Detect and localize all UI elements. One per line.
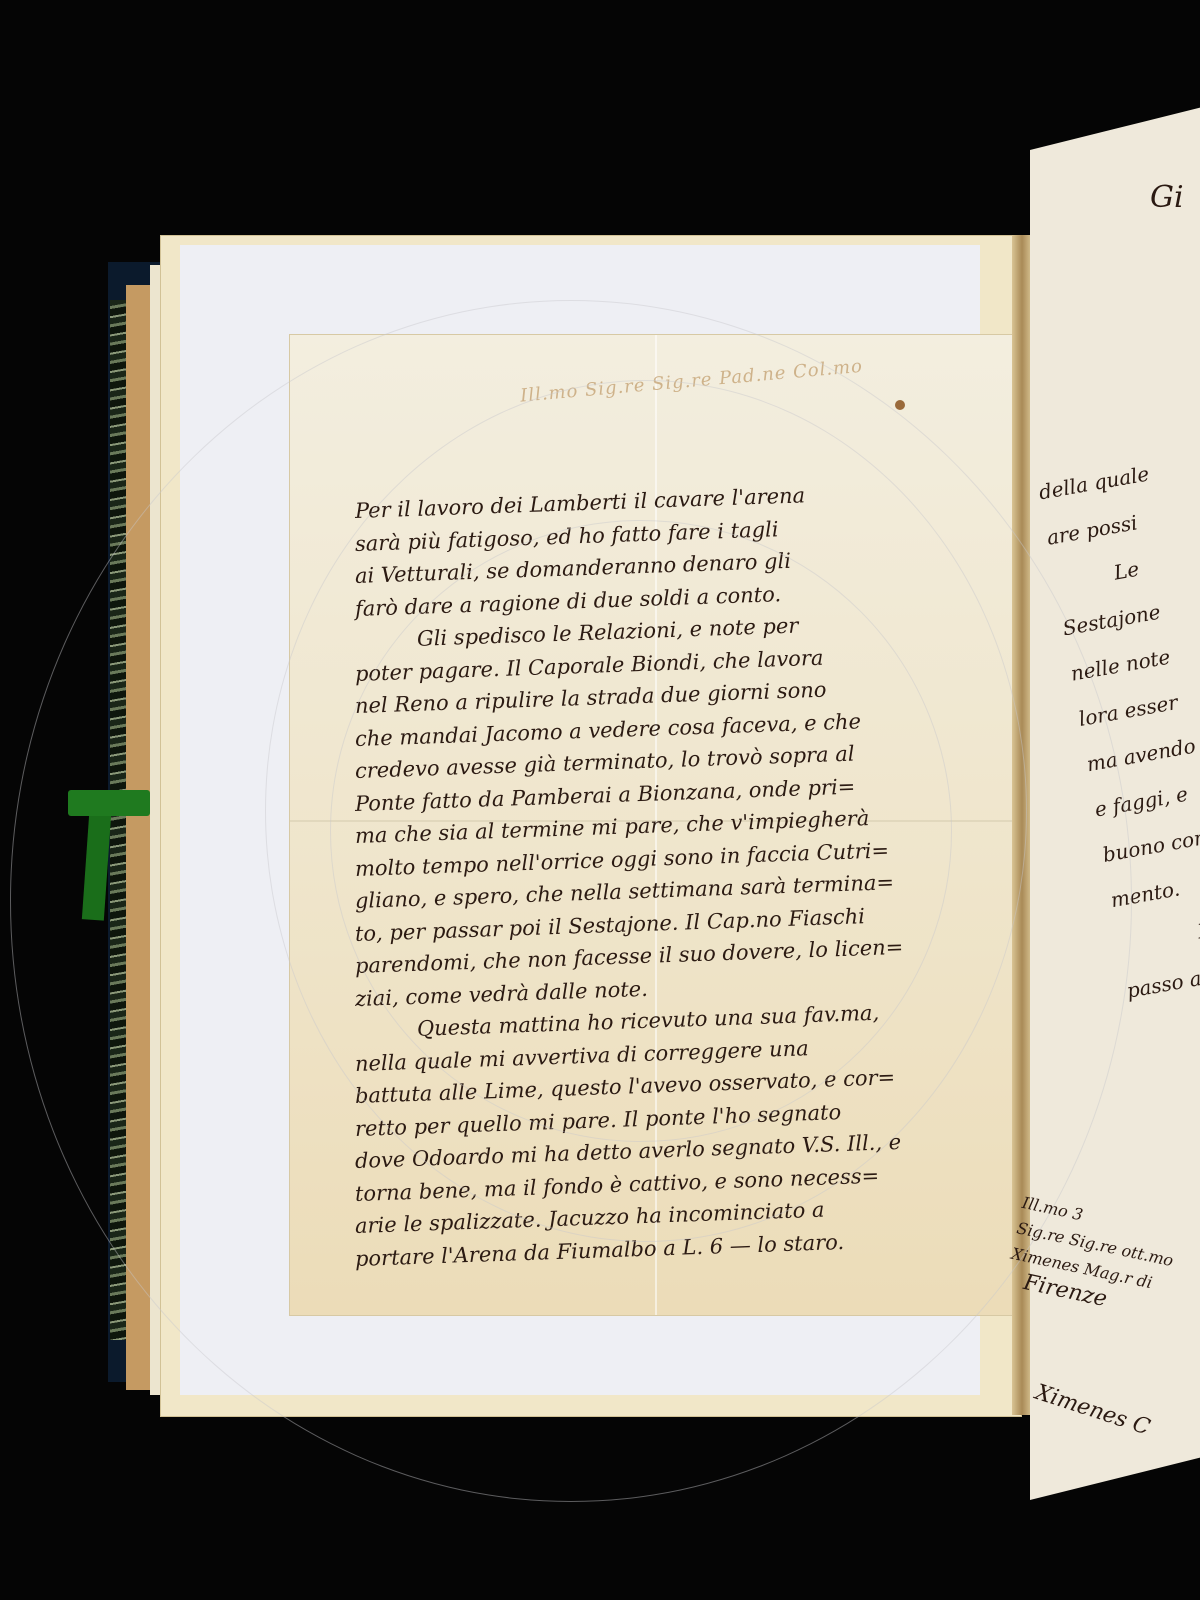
right-page-top-text: Gi (1150, 180, 1184, 215)
letter-body: Per il lavoro dei Lamberti il cavare l'a… (355, 495, 1015, 1275)
ink-stain (895, 400, 905, 410)
green-ribbon-tie (68, 790, 150, 816)
